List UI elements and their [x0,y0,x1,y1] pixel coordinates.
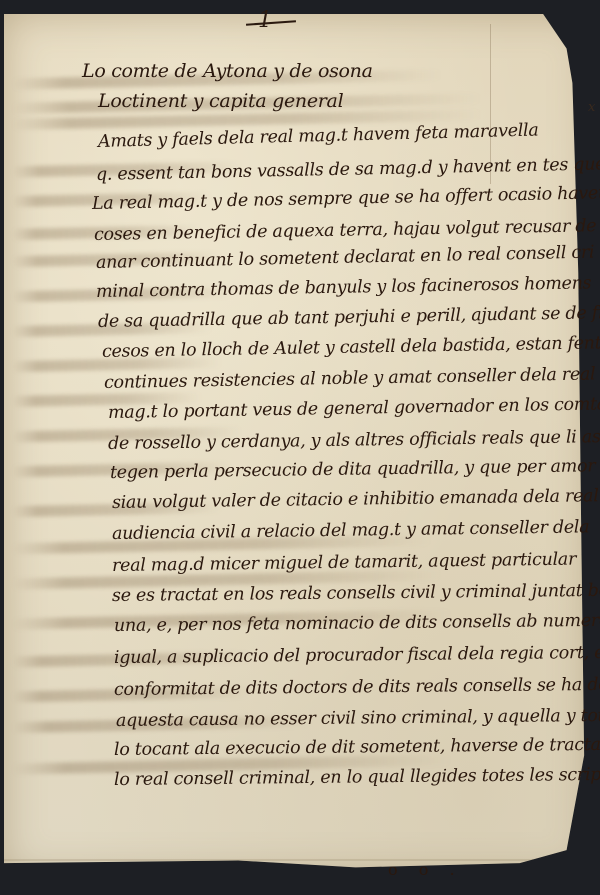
body-line: conformitat de dits doctors de dits real… [114,674,600,700]
body-line: siau volgut valer de citacio e inhibitio… [112,486,599,513]
body-line: anar continuant lo sometent declarat en … [96,243,595,273]
body-line: audiencia civil a relacio del mag.t y am… [112,517,590,544]
body-line: se es tractat en los reals consells civi… [112,581,600,606]
margin-note: x [588,100,595,115]
heading-line-1: Lo comte de Aytona y de osona [82,60,373,82]
body-line: Amats y faels dela real mag.t havem feta… [98,120,539,152]
document-scan: 1 Lo comte de Aytona y de osona Loctinen… [0,0,600,895]
body-line: de sa quadrilla que ab tant perjuhi e pe… [98,303,600,332]
body-line: minal contra thomas de banyuls y los fac… [96,273,592,302]
body-line: aquesta causa no esser civil sino crimin… [116,706,600,731]
body-line: tegen perla persecucio de dita quadrilla… [110,456,600,483]
bottom-mark: o o . [388,860,463,879]
body-line: igual, a suplicacio del procurador fisca… [114,643,600,668]
body-line: lo real consell criminal, en lo qual lle… [114,765,600,790]
heading-line-2: Loctinent y capita general [98,90,343,112]
body-line: cesos en lo lloch de Aulet y castell del… [102,333,600,362]
body-line: La real mag.t y de nos sempre que se ha … [92,182,600,214]
body-line: continues resistencies al noble y amat c… [104,364,596,393]
body-line: mag.t lo portant veus de general governa… [108,394,600,423]
manuscript-text: Lo comte de Aytona y de osona Loctinent … [0,0,600,895]
body-line: de rossello y cerdanya, y als altres off… [108,427,600,454]
body-line: lo tocant ala execucio de dit sometent, … [114,735,600,760]
body-line: una, e, per nos feta nominacio de dits c… [114,611,600,636]
body-line: q. essent tan bons vassalls de sa mag.d … [96,154,600,185]
body-line: real mag.d micer miguel de tamarit, aque… [112,550,576,576]
body-line: coses en benefici de aquexa terra, hajau… [94,216,597,245]
